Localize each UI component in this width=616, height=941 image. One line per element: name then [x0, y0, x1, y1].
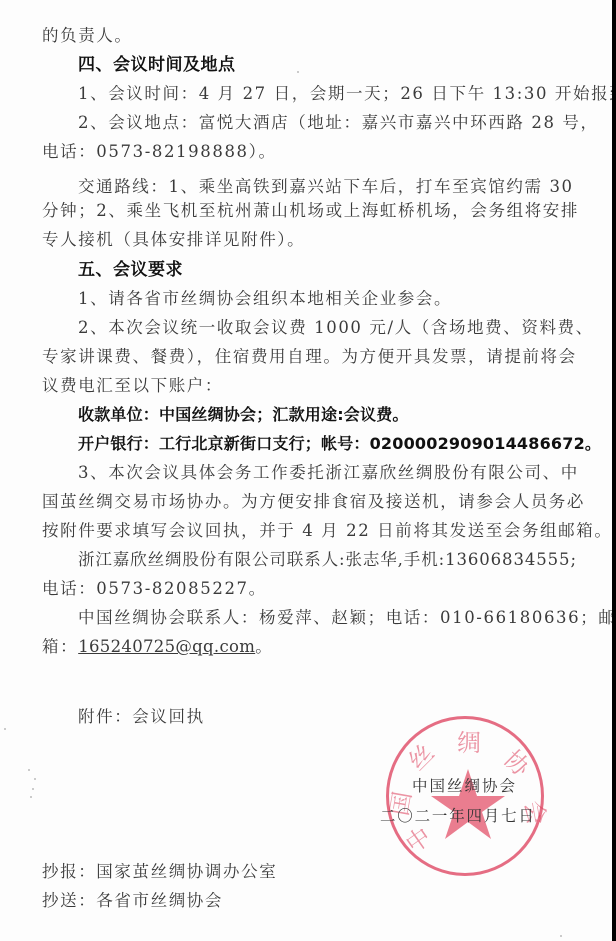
transport-line-3: 专人接机（具体安排详见附件）。	[42, 230, 578, 250]
svg-text:丝: 丝	[403, 739, 440, 776]
scan-speck	[4, 728, 6, 730]
requirement-1-line: 1、请各省市丝绸协会组织本地相关企业参会。	[78, 289, 578, 309]
paragraph-line: 的负责人。	[42, 26, 578, 46]
association-contact-line: 中国丝绸协会联系人：杨爱萍、赵颖；电话：010-66180636；邮	[78, 608, 578, 628]
document-page: 的负责人。 四、会议时间及地点 1、会议时间：4 月 27 日，会期一天；26 …	[0, 0, 612, 941]
section-heading-time-location: 四、会议时间及地点	[78, 55, 578, 75]
requirement-2-line-1: 2、本次会议统一收取会议费 1000 元/人（含场地费、资料费、	[78, 318, 578, 338]
bank-account-info: 开户银行：工行北京新街口支行；帐号：0200002909014486672。	[78, 434, 578, 454]
hotel-phone-line: 电话：0573-82198888）。	[42, 142, 578, 162]
requirement-2-line-3: 议费电汇至以下账户：	[42, 376, 578, 396]
scan-speck	[34, 778, 36, 780]
scan-speck	[30, 796, 32, 798]
svg-text:中: 中	[401, 822, 437, 859]
section-heading-requirements: 五、会议要求	[78, 260, 578, 280]
scan-speck	[560, 935, 562, 937]
requirement-3-line-1: 3、本次会议具体会务工作委托浙江嘉欣丝绸股份有限公司、中	[78, 463, 578, 483]
requirement-3-line-3: 按附件要求填写会议回执，并于 4 月 22 日前将其发送至会务组邮箱。	[42, 521, 578, 541]
cc-send-line: 抄送：各省市丝绸协会	[42, 891, 578, 911]
jiaxin-phone-line: 电话：0573-82085227。	[42, 579, 578, 599]
seal-star-icon: 中 国 丝 绸 协 会	[389, 719, 547, 879]
scan-speck	[32, 788, 34, 790]
transport-line-1: 交通路线：1、乘坐高铁到嘉兴站下车后，打车至宾馆约需 30	[78, 177, 578, 197]
payee-info: 收款单位：中国丝绸协会；汇款用途:会议费。	[78, 405, 578, 425]
email-label: 箱：	[42, 637, 78, 656]
signature-organization: 中国丝绸协会	[412, 777, 517, 795]
jiaxin-contact-line: 浙江嘉欣丝绸股份有限公司联系人:张志华,手机:13606834555;	[78, 550, 578, 570]
association-email-line: 箱：165240725@qq.com。	[42, 637, 578, 657]
email-link[interactable]: 165240725@qq.com	[78, 637, 255, 656]
signature-date: 二〇二一年四月七日	[380, 807, 536, 825]
right-edge-border	[612, 0, 616, 941]
transport-line-2: 分钟；2、乘坐飞机至杭州萧山机场或上海虹桥机场，会务组将安排	[42, 201, 578, 221]
official-seal-stamp: 中 国 丝 绸 协 会	[386, 716, 544, 876]
requirement-2-line-2: 专家讲课费、餐费），住宿费用自理。为方便开具发票，请提前将会	[42, 347, 578, 367]
cc-report-line: 抄报：国家茧丝绸协调办公室	[42, 862, 578, 882]
svg-text:绸: 绸	[457, 729, 481, 757]
email-suffix: 。	[255, 637, 273, 656]
scan-speck	[297, 71, 299, 73]
meeting-location-line: 2、会议地点：富悦大酒店（地址：嘉兴市嘉兴中环西路 28 号，	[78, 113, 578, 133]
scan-speck	[28, 769, 30, 771]
requirement-3-line-2: 国茧丝绸交易市场协办。为方便安排食宿及接送机，请参会人员务必	[42, 492, 578, 512]
meeting-time-line: 1、会议时间：4 月 27 日，会期一天；26 日下午 13:30 开始报到。	[78, 84, 578, 104]
